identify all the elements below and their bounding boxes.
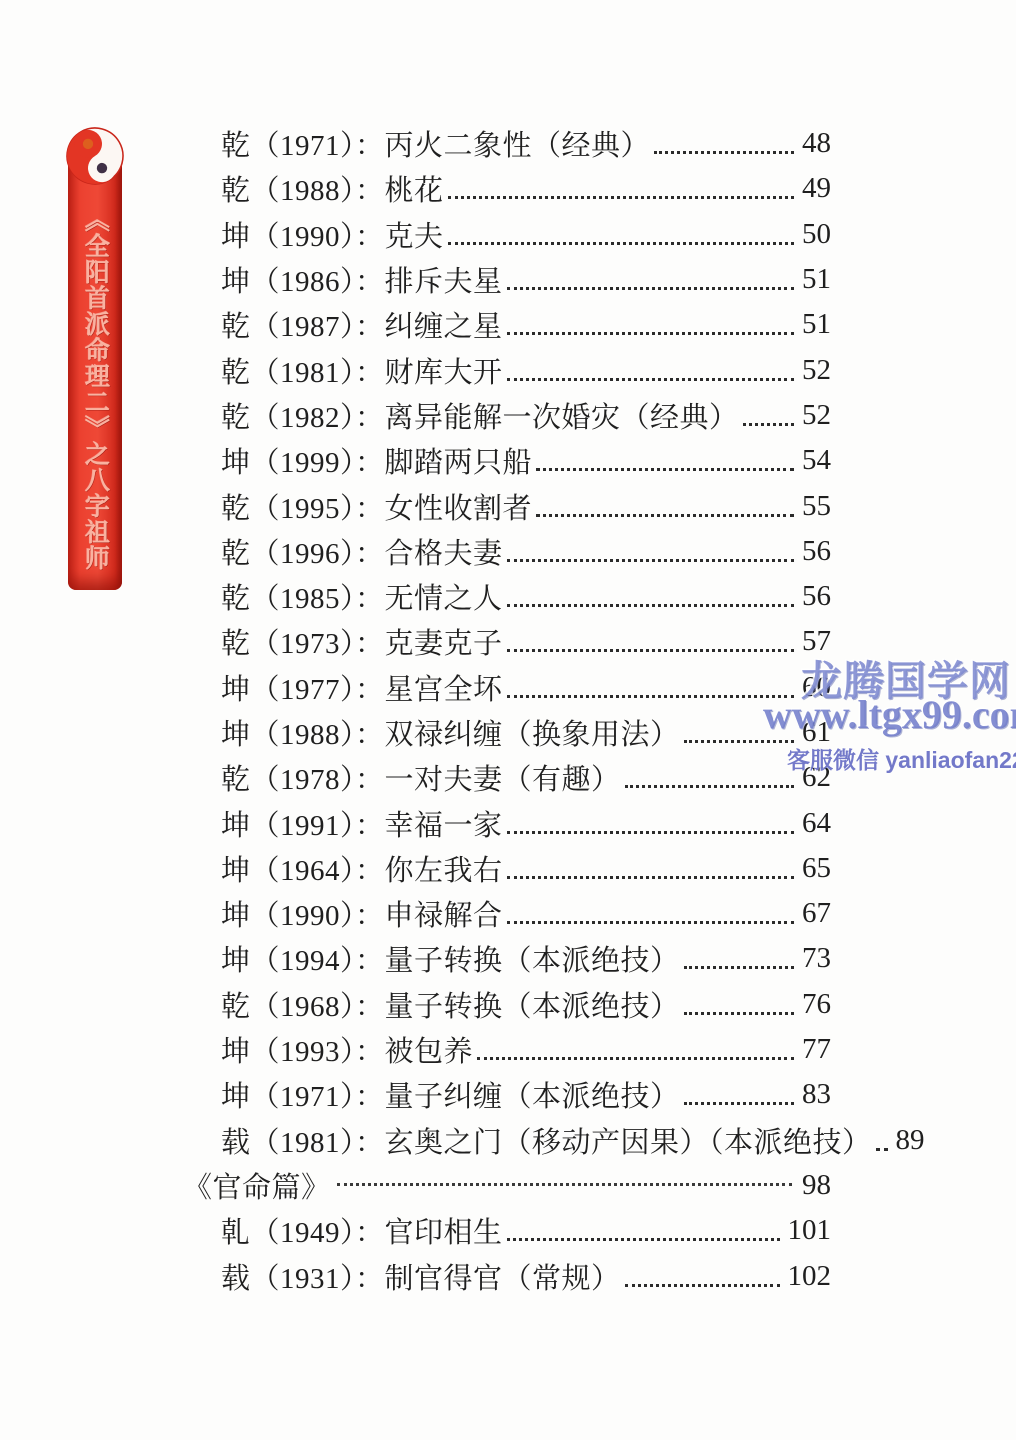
toc-entry-page-number: 76: [802, 988, 831, 1021]
toc-entry-label: 乹（1949）：官印相生: [221, 1210, 503, 1251]
dot-leader: [507, 378, 794, 381]
toc-entry-label: 坤（1991）：幸福一家: [221, 803, 503, 844]
dot-leader: [448, 196, 794, 199]
toc-entry-page-number: 52: [802, 354, 831, 387]
toc-entry-page-number: 48: [802, 127, 831, 160]
dot-leader: [625, 785, 794, 788]
toc-entry-page-number: 51: [802, 263, 831, 296]
toc-entry-label: 坤（1994）：量子转换（本派绝技）: [221, 938, 680, 979]
toc-entry: 乾（1981）：财库大开52: [183, 347, 831, 392]
toc-entry-label: 《官命篇》: [183, 1165, 331, 1206]
toc-entry-page-number: 83: [802, 1078, 831, 1111]
dot-leader: [507, 876, 794, 879]
dot-leader: [536, 514, 794, 517]
toc-entry-label: 乾（1973）：克妻克子: [221, 621, 503, 662]
toc-entry: 乾（1982）：离异能解一次婚灾（经典）52: [183, 393, 831, 438]
dot-leader: [684, 1102, 794, 1105]
dot-leader: [507, 1238, 780, 1241]
toc-entry-label: 乾（1988）：桃花: [221, 168, 444, 209]
toc-entry-page-number: 77: [802, 1033, 831, 1066]
toc-entry-page-number: 51: [802, 308, 831, 341]
dot-leader: [507, 287, 794, 290]
yin-yang-icon: [66, 127, 124, 185]
toc-entry: 坤（1990）：申禄解合67: [183, 891, 831, 936]
dot-leader: [507, 649, 794, 652]
toc-entry-page-number: 50: [802, 218, 831, 251]
dot-leader: [337, 1183, 792, 1186]
toc-entry-label: 坤（1988）：双禄纠缠（换象用法）: [221, 712, 680, 753]
toc-entry: 乾（1987）：纠缠之星51: [183, 302, 831, 347]
toc-entry: 乾（1973）：克妻克子57: [183, 619, 831, 664]
toc-entry: 坤（1991）：幸福一家64: [183, 800, 831, 845]
toc-entry: 乾（1996）：合格夫妻56: [183, 529, 831, 574]
toc-entry-label: 载（1981）：玄奥之门（移动产因果）（本派绝技）: [221, 1120, 872, 1161]
dot-leader: [507, 604, 794, 607]
dot-leader: [625, 1284, 780, 1287]
toc-list: 乾（1971）：丙火二象性（经典）48乾（1988）：桃花49坤（1990）：克…: [183, 121, 831, 1299]
toc-entry-label: 坤（1990）：克夫: [221, 214, 444, 255]
toc-entry-page-number: 89: [896, 1124, 925, 1157]
toc-entry: 坤（1971）：量子纠缠（本派绝技）83: [183, 1072, 831, 1117]
toc-entry-label: 乾（1996）：合格夫妻: [221, 531, 503, 572]
watermark-contact: 客服微信 yanliaofan225: [787, 742, 1016, 775]
toc-entry: 乹（1949）：官印相生101: [183, 1208, 831, 1253]
toc-entry-page-number: 56: [802, 535, 831, 568]
toc-entry-page-number: 54: [802, 444, 831, 477]
banner-title: 《全阳首派命理二》之八字祖师: [68, 196, 122, 582]
toc-entry: 坤（1993）：被包养77: [183, 1027, 831, 1072]
dot-leader: [448, 242, 794, 245]
toc-entry: 坤（1988）：双禄纠缠（换象用法）61: [183, 710, 831, 755]
dot-leader: [507, 695, 794, 698]
toc-entry-page-number: 52: [802, 399, 831, 432]
toc-entry: 坤（1986）：排斥夫星51: [183, 257, 831, 302]
toc-entry: 坤（1994）：量子转换（本派绝技）73: [183, 936, 831, 981]
dot-leader: [684, 740, 794, 743]
toc-entry: 坤（1990）：克夫50: [183, 212, 831, 257]
toc-entry: 乾（1971）：丙火二象性（经典）48: [183, 121, 831, 166]
toc-entry-label: 坤（1971）：量子纠缠（本派绝技）: [221, 1074, 680, 1115]
toc-entry: 乾（1968）：量子转换（本派绝技）76: [183, 982, 831, 1027]
watermark-url: www.ltgx99.com: [763, 691, 1016, 738]
toc-entry: 载（1981）：玄奥之门（移动产因果）（本派绝技）89: [183, 1118, 831, 1163]
toc-entry: 《官命篇》98: [183, 1163, 831, 1208]
toc-entry-label: 乾（1978）：一对夫妻（有趣）: [221, 757, 621, 798]
dot-leader: [743, 423, 794, 426]
dot-leader: [654, 151, 794, 154]
toc-entry-page-number: 55: [802, 490, 831, 523]
toc-entry-page-number: 67: [802, 897, 831, 930]
toc-entry-label: 坤（1964）：你左我右: [221, 848, 503, 889]
toc-entry-label: 乾（1995）：女性收割者: [221, 486, 532, 527]
dot-leader: [536, 468, 794, 471]
toc-entry: 坤（1964）：你左我右65: [183, 846, 831, 891]
toc-entry-label: 乾（1981）：财库大开: [221, 350, 503, 391]
toc-entry-label: 乾（1985）：无情之人: [221, 576, 503, 617]
dot-leader: [477, 1057, 794, 1060]
toc-entry-page-number: 64: [802, 807, 831, 840]
toc-entry: 乾（1978）：一对夫妻（有趣）62: [183, 755, 831, 800]
toc-entry-page-number: 49: [802, 172, 831, 205]
toc-entry-label: 坤（1993）：被包养: [221, 1029, 473, 1070]
dot-leader: [507, 559, 794, 562]
toc-entry-page-number: 101: [788, 1214, 832, 1247]
toc-entry: 乾（1995）：女性收割者55: [183, 483, 831, 528]
toc-entry-label: 乾（1987）：纠缠之星: [221, 304, 503, 345]
toc-entry: 乾（1988）：桃花49: [183, 166, 831, 211]
toc-entry: 载（1931）：制官得官（常规）102: [183, 1253, 831, 1298]
toc-entry: 坤（1999）：脚踏两只船54: [183, 438, 831, 483]
toc-entry-label: 乾（1982）：离异能解一次婚灾（经典）: [221, 395, 739, 436]
toc-entry-page-number: 56: [802, 580, 831, 613]
toc-entry-label: 坤（1986）：排斥夫星: [221, 259, 503, 300]
toc-entry-page-number: 98: [802, 1169, 831, 1202]
toc-entry-label: 乾（1971）：丙火二象性（经典）: [221, 123, 650, 164]
toc-entry: 乾（1985）：无情之人56: [183, 574, 831, 619]
toc-entry: 坤（1977）：星宫全坏60: [183, 665, 831, 710]
dot-leader: [507, 332, 794, 335]
toc-entry-page-number: 102: [788, 1260, 832, 1293]
dot-leader: [684, 1012, 794, 1015]
toc-entry-label: 坤（1977）：星宫全坏: [221, 667, 503, 708]
toc-entry-page-number: 65: [802, 852, 831, 885]
dot-leader: [684, 966, 794, 969]
toc-entry-label: 载（1931）：制官得官（常规）: [221, 1256, 621, 1297]
dot-leader: [507, 921, 794, 924]
toc-entry-label: 乾（1968）：量子转换（本派绝技）: [221, 984, 680, 1025]
toc-entry-label: 坤（1999）：脚踏两只船: [221, 440, 532, 481]
dot-leader: [507, 831, 794, 834]
toc-entry-page-number: 73: [802, 942, 831, 975]
dot-leader: [876, 1148, 888, 1151]
toc-entry-label: 坤（1990）：申禄解合: [221, 893, 503, 934]
